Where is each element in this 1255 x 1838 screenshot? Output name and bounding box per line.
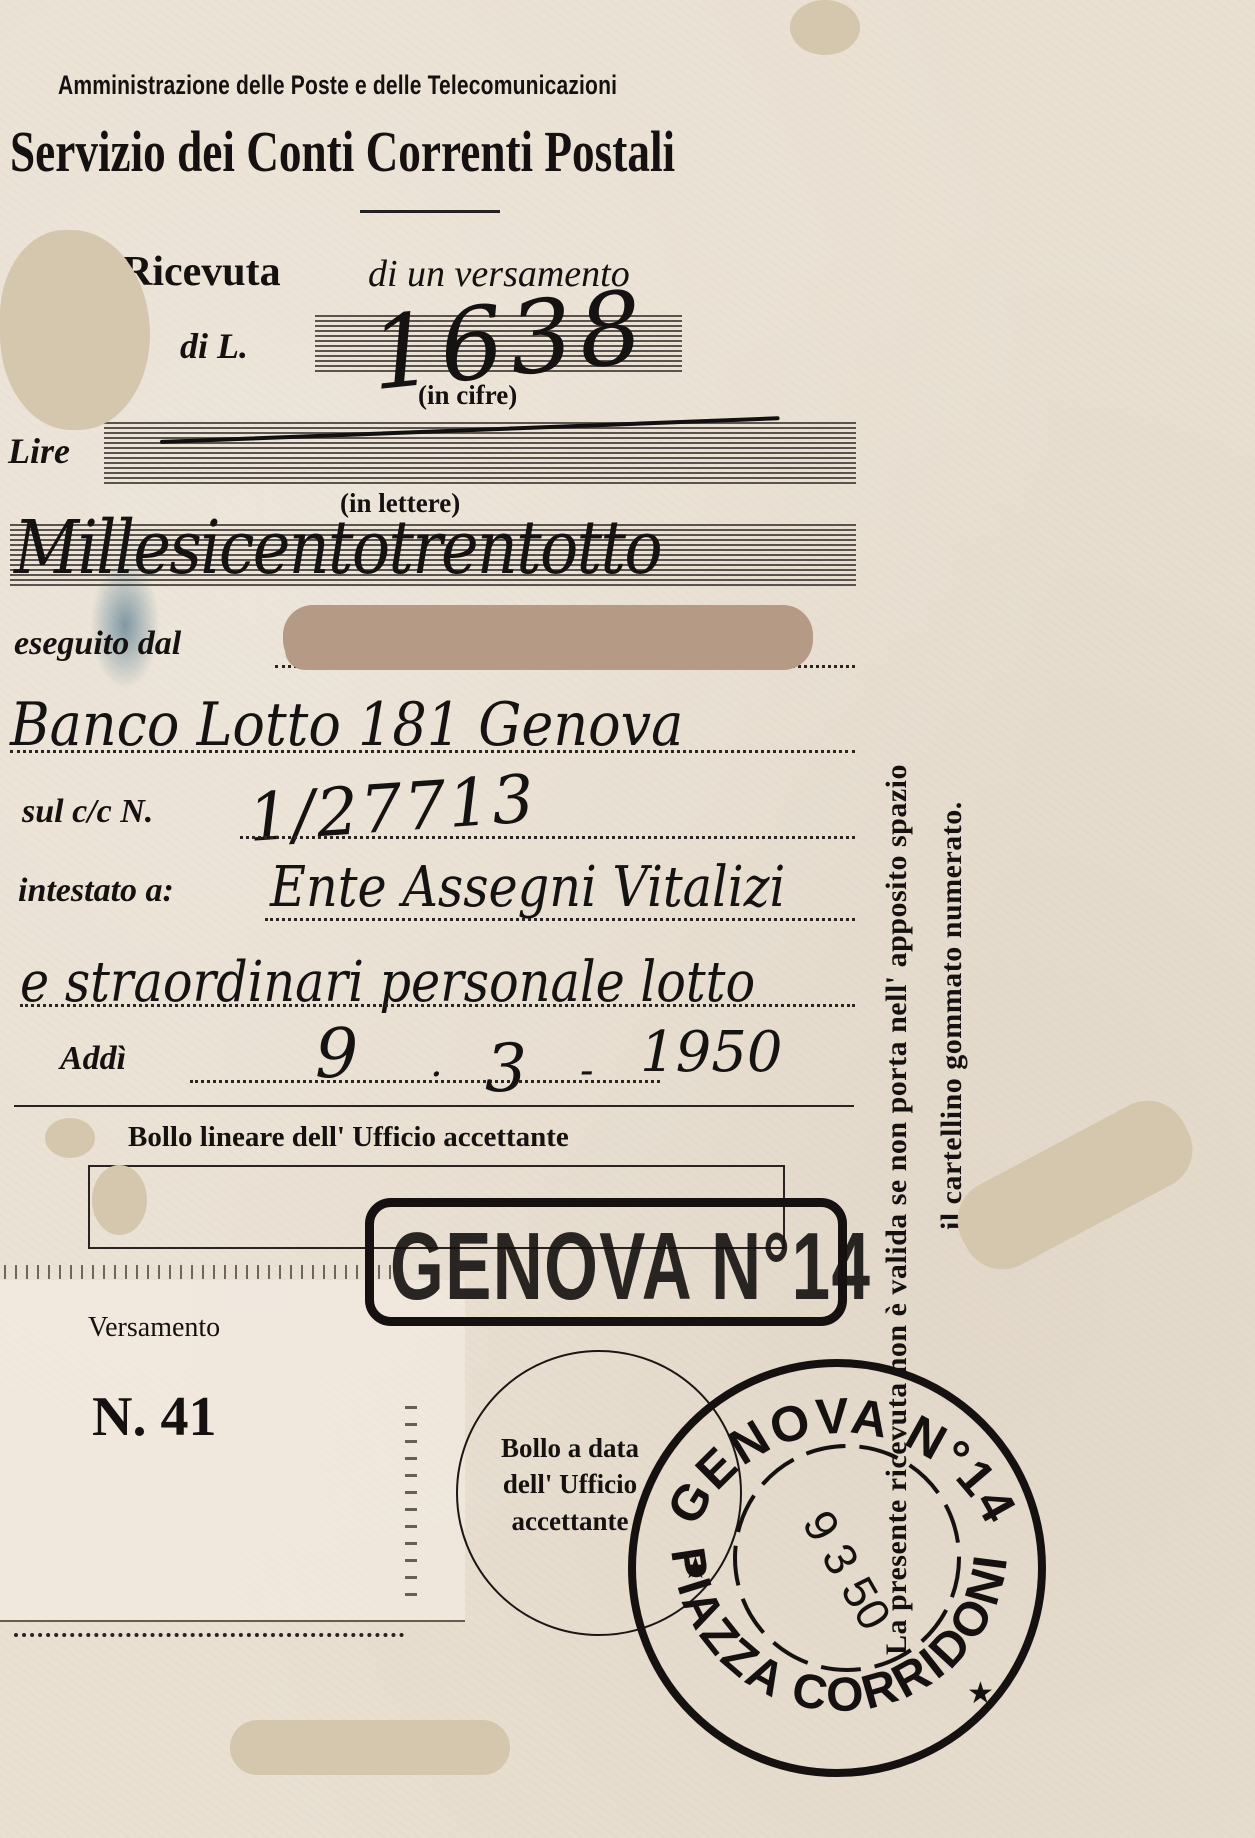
perforation-vertical [405, 1400, 417, 1600]
amount-digits-caption: (in cifre) [418, 380, 517, 411]
lire-label: Lire [8, 430, 70, 472]
counterfoil-label: Versamento [88, 1312, 220, 1344]
linear-stamp-caption: Bollo lineare dell' Ufficio accettante [128, 1121, 569, 1154]
date-separator: - [580, 1048, 594, 1094]
counterfoil-dotted-line [14, 1633, 404, 1637]
counterfoil [0, 1280, 465, 1620]
administration-header: Amministrazione delle Poste e delle Tele… [58, 70, 617, 101]
service-title: Servizio dei Conti Correnti Postali [10, 118, 675, 185]
vertical-note-line-2: il cartellino gommato numerato. [935, 801, 969, 1230]
perforation-horizontal [0, 1265, 395, 1279]
amount-label: di L. [180, 325, 248, 367]
date-label: Addì [60, 1040, 126, 1078]
section-rule [14, 1105, 854, 1107]
date-month: 3 [485, 1030, 527, 1107]
holder-dotted-line [265, 918, 855, 921]
star-icon: ★ [967, 1676, 994, 1711]
round-postmark: GENOVA N°14 PIAZZA CORRIDONI 9 3 50 ★ ★ [612, 1343, 1062, 1793]
payer-label: eseguito dal [14, 625, 181, 663]
account-dotted-line [240, 836, 855, 839]
date-day: 9 [315, 1015, 358, 1094]
holder-label: intestato a: [18, 872, 174, 910]
star-icon: ★ [682, 1551, 709, 1586]
date-year: 1950 [640, 1020, 783, 1085]
header-rule [360, 210, 500, 213]
receipt-title: Ricevuta [122, 248, 281, 296]
linear-postmark-text: GENOVA N°14 [390, 1212, 871, 1322]
date-separator: . [430, 1040, 443, 1086]
account-label: sul c/c N. [22, 793, 153, 831]
holder-line-1: Ente Assegni Vitalizi [270, 855, 785, 920]
address-dotted-line [10, 750, 855, 753]
paper-blemish [944, 1087, 1207, 1284]
paper-blemish [230, 1720, 510, 1775]
postmark-date: 9 3 50 [793, 1502, 902, 1639]
holder-dotted-line-2 [20, 1004, 855, 1007]
account-number: 1/27713 [246, 760, 539, 857]
paper-blemish [92, 1165, 147, 1235]
amount-words: Millesicentotrentotto [14, 505, 661, 591]
counterfoil-number: N. 41 [92, 1385, 216, 1449]
redaction-mark [285, 630, 485, 670]
paper-blemish [790, 0, 860, 55]
counterfoil-rule [0, 1620, 465, 1622]
paper-blemish [45, 1118, 95, 1158]
